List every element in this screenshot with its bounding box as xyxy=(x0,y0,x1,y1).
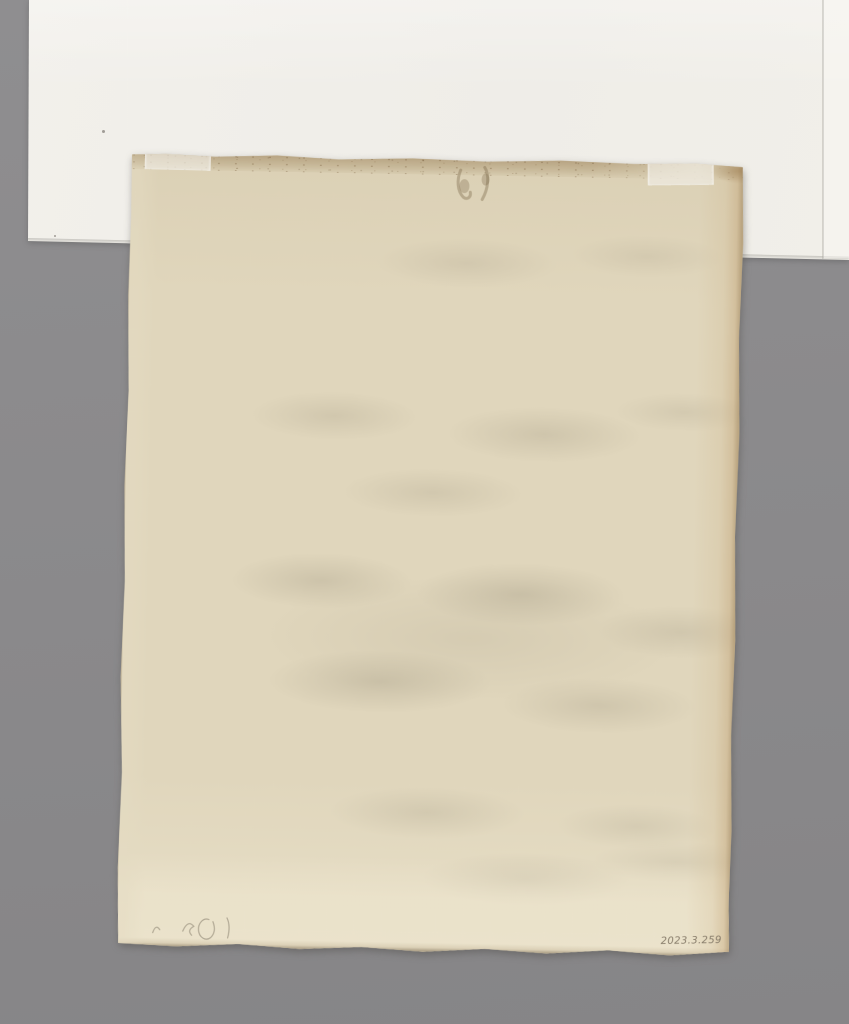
accession-number-inscription: 2023.3.259 xyxy=(660,936,721,947)
dust-speck xyxy=(54,235,56,237)
artwork-sheet-verso: 2023.3.259 xyxy=(114,152,745,958)
mat-board-right-panel xyxy=(824,0,849,258)
dust-speck xyxy=(102,130,105,133)
ink-smudge xyxy=(448,164,503,207)
photo-backdrop: 2023.3.259 xyxy=(0,0,849,1024)
sheet-surface: 2023.3.259 xyxy=(114,152,745,958)
pencil-scribble xyxy=(147,908,253,944)
tape-strip-right xyxy=(648,160,714,186)
